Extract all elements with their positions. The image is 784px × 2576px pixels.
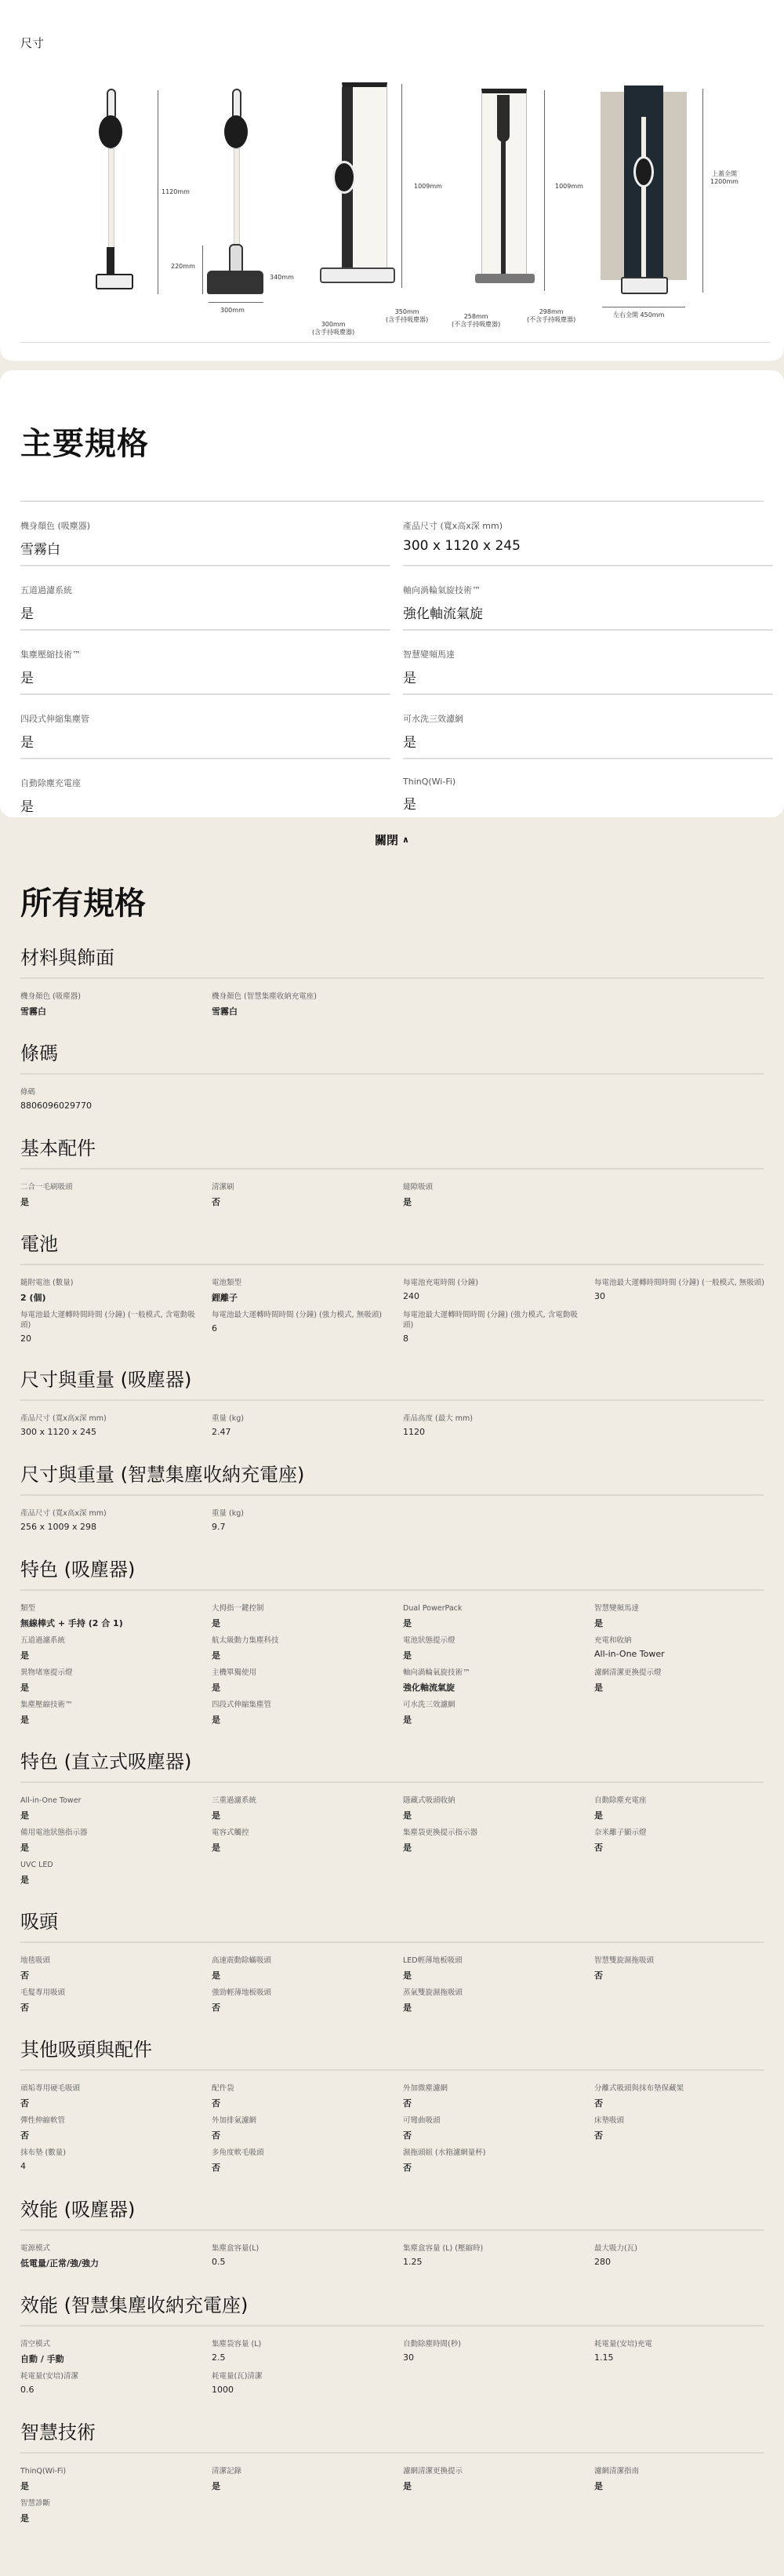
spec-value: 是 xyxy=(594,1809,776,1821)
spec-item: 三重過濾系統是 xyxy=(212,1796,403,1821)
spec-label: 三重過濾系統 xyxy=(212,1796,394,1806)
spec-value: 256 x 1009 x 298 xyxy=(20,1522,202,1532)
spec-label: 產品尺寸 (寬x高x深 mm) xyxy=(403,519,773,532)
spec-item: 清空模式自動 / 手動 xyxy=(20,2339,212,2365)
spec-label: ThinQ(Wi-Fi) xyxy=(403,777,773,787)
dim-label: 左右全開 450mm xyxy=(613,311,664,319)
spec-label: 機身顏色 (吸塵器) xyxy=(20,519,390,532)
spec-grid: 隨附電池 (數量)2 (個)電池類型鋰離子每電池充電時間 (分鐘)240每電池最… xyxy=(20,1265,764,1344)
spec-label: 機身顏色 (吸塵器) xyxy=(20,991,202,1002)
spec-value: 否 xyxy=(20,2001,202,2014)
spec-value: 是 xyxy=(594,2480,776,2492)
spec-item: 每電池最大運轉時間時間 (分鐘) (強力模式, 無吸頭)6 xyxy=(212,1310,403,1344)
spec-label: 集塵袋容量 (L) xyxy=(212,2339,394,2349)
spec-section: 基本配件二合一毛刷吸頭是清潔刷否縫隙吸頭是 xyxy=(20,1133,764,1208)
spec-label: 集塵盒容量(L) xyxy=(212,2243,394,2254)
spec-label: 濾網清潔更換提示燈 xyxy=(594,1668,776,1678)
spec-label: 集塵袋更換提示指示器 xyxy=(403,1828,585,1838)
spec-item: 類型無線棒式 + 手持 (2 合 1) xyxy=(20,1603,212,1629)
spec-value: 否 xyxy=(212,2097,394,2109)
spec-label: 每電池最大運轉時間時間 (分鐘) (強力模式, 含電動吸頭) xyxy=(403,1310,585,1330)
spec-value: 否 xyxy=(212,2129,394,2141)
spec-value: 6 xyxy=(212,1323,394,1333)
spec-label: 充電和收納 xyxy=(594,1635,776,1646)
spec-value: 2 (個) xyxy=(20,1291,202,1304)
spec-item: 彈性伸縮軟管否 xyxy=(20,2116,212,2141)
spec-item: 強勁輕薄地板吸頭否 xyxy=(212,1988,403,2014)
spec-item: 產品高度 (最大 mm)1120 xyxy=(403,1414,594,1439)
spec-value: 雪霧白 xyxy=(20,538,390,558)
spec-label: 四段式伸縮集塵管 xyxy=(212,1700,394,1710)
spec-label: 清潔記錄 xyxy=(212,2466,394,2476)
spec-label: 五道過濾系統 xyxy=(20,584,390,596)
spec-item: 隱藏式吸頭收納是 xyxy=(403,1796,594,1821)
spec-label: 強勁輕薄地板吸頭 xyxy=(212,1988,394,1998)
spec-item: 多角度軟毛吸頭否 xyxy=(212,2148,403,2174)
spec-item: 條碼8806096029770 xyxy=(20,1087,212,1112)
spec-label: 地毯吸頭 xyxy=(20,1956,202,1966)
spec-value: 是 xyxy=(20,602,390,622)
tower-with-vacuum-image xyxy=(318,82,397,302)
spec-label: 類型 xyxy=(20,1603,202,1614)
section-title: 其他吸頭與配件 xyxy=(20,2034,764,2071)
spec-label: 自動除塵時間(秒) xyxy=(403,2339,585,2349)
spec-item: 床墊吸頭否 xyxy=(594,2116,784,2141)
section-title: 材料與飾面 xyxy=(20,942,764,979)
spec-item: 頑垢專用硬毛吸頭否 xyxy=(20,2083,212,2109)
main-spec-item: 五道過濾系統是 xyxy=(20,566,390,631)
spec-item: Dual PowerPack是 xyxy=(403,1603,594,1629)
spec-value: 是 xyxy=(212,1649,394,1661)
spec-grid: ThinQ(Wi-Fi)是清潔記錄是濾網清潔更換提示是濾網清潔指南是智慧診斷是 xyxy=(20,2454,764,2524)
spec-label: 電源模式 xyxy=(20,2243,202,2254)
spec-value: 1120 xyxy=(403,1427,585,1437)
spec-item: 耗電量(安培)充電1.15 xyxy=(594,2339,784,2365)
spec-item: 濾網清潔指南是 xyxy=(594,2466,784,2492)
spec-item: 分離式吸頭與抹布墊保藏架否 xyxy=(594,2083,784,2109)
spec-value: 是 xyxy=(20,1681,202,1694)
tower-open-image xyxy=(601,86,687,305)
section-title: 電池 xyxy=(20,1228,764,1265)
all-specs-title: 所有規格 xyxy=(20,879,764,923)
spec-item: 集塵袋容量 (L)2.5 xyxy=(212,2339,403,2365)
spec-label: 智慧變頻馬達 xyxy=(594,1603,776,1614)
spec-value: 否 xyxy=(212,2001,394,2014)
spec-item: 智慧診斷是 xyxy=(20,2498,212,2524)
spec-grid: 類型無線棒式 + 手持 (2 合 1)大拇指一鍵控制是Dual PowerPac… xyxy=(20,1591,764,1726)
spec-item: 電池類型鋰離子 xyxy=(212,1278,403,1304)
spec-value: 是 xyxy=(212,1617,394,1629)
spec-value: 是 xyxy=(212,1969,394,1981)
spec-value: 是 xyxy=(403,1713,585,1726)
spec-item: 二合一毛刷吸頭是 xyxy=(20,1182,212,1208)
spec-label: 備用電池狀態指示器 xyxy=(20,1828,202,1838)
spec-label: 外加微塵濾網 xyxy=(403,2083,585,2094)
spec-label: 分離式吸頭與抹布墊保藏架 xyxy=(594,2083,776,2094)
spec-value: 是 xyxy=(403,793,773,813)
spec-value: 30 xyxy=(403,2352,585,2363)
spec-label: 電池類型 xyxy=(212,1278,394,1288)
spec-label: ThinQ(Wi-Fi) xyxy=(20,2466,202,2476)
spec-label: 集塵壓縮技術™ xyxy=(20,648,390,660)
spec-item: ThinQ(Wi-Fi)是 xyxy=(20,2466,212,2492)
spec-label: 五道過濾系統 xyxy=(20,1635,202,1646)
spec-item: 配件袋否 xyxy=(212,2083,403,2109)
spec-label: 集塵壓縮技術™ xyxy=(20,1700,202,1710)
dim-label: 1120mm xyxy=(162,188,190,196)
spec-item: 清潔記錄是 xyxy=(212,2466,403,2492)
spec-label: LED輕薄地板吸頭 xyxy=(403,1956,585,1966)
spec-item: 備用電池狀態指示器是 xyxy=(20,1828,212,1854)
spec-value: 鋰離子 xyxy=(212,1291,394,1304)
spec-grid: 產品尺寸 (寬x高x深 mm)300 x 1120 x 245重量 (kg)2.… xyxy=(20,1401,764,1439)
spec-label: 外加排氣濾網 xyxy=(212,2116,394,2126)
spec-value: 是 xyxy=(403,1617,585,1629)
spec-section: 材料與飾面機身顏色 (吸塵器)雪霧白機身顏色 (智慧集塵收納充電座)雪霧白 xyxy=(20,942,764,1017)
dimensions-diagram: 1120mm 220mm 340mm 300mm 1009mm 300mm(含手… xyxy=(20,89,764,347)
spec-item: 蒸氣雙旋濕拖吸頭是 xyxy=(403,1988,594,2014)
spec-label: 耗電量(安培)充電 xyxy=(594,2339,776,2349)
spec-value: 8 xyxy=(403,1333,585,1344)
spec-label: 航太級動力集塵科技 xyxy=(212,1635,394,1646)
spec-label: 彈性伸縮軟管 xyxy=(20,2116,202,2126)
spec-section: 特色 (吸塵器)類型無線棒式 + 手持 (2 合 1)大拇指一鍵控制是Dual … xyxy=(20,1554,764,1726)
spec-label: 多角度軟毛吸頭 xyxy=(212,2148,394,2158)
dim-label: 1009mm xyxy=(555,183,583,191)
spec-item: 五道過濾系統是 xyxy=(20,1635,212,1661)
spec-label: 自動除塵充電座 xyxy=(594,1796,776,1806)
spec-section: 其他吸頭與配件頑垢專用硬毛吸頭否配件袋否外加微塵濾網否分離式吸頭與抹布墊保藏架否… xyxy=(20,2034,764,2174)
spec-item: 耗電量(安培)清潔0.6 xyxy=(20,2371,212,2396)
spec-item: All-in-One Tower是 xyxy=(20,1796,212,1821)
collapse-toggle[interactable]: 關閉 ∧ xyxy=(0,817,784,861)
spec-label: 每電池最大運轉時間時間 (分鐘) (強力模式, 無吸頭) xyxy=(212,1310,394,1320)
spec-value: 240 xyxy=(403,1291,585,1301)
spec-label: 蒸氣雙旋濕拖吸頭 xyxy=(403,1988,585,1998)
spec-label: 每電池最大運轉時間時間 (分鐘) (一般模式, 含電動吸頭) xyxy=(20,1310,202,1330)
section-title: 條碼 xyxy=(20,1038,764,1075)
spec-grid: 電源模式低電量/正常/強/強力集塵盒容量(L)0.5集塵盒容量 (L) (壓縮時… xyxy=(20,2231,764,2269)
spec-label: 濾網清潔更換提示 xyxy=(403,2466,585,2476)
spec-value: 是 xyxy=(20,2480,202,2492)
spec-item: 毛髮專用吸頭否 xyxy=(20,1988,212,2014)
spec-item: 耗電量(瓦)清潔1000 xyxy=(212,2371,403,2396)
spec-label: 重量 (kg) xyxy=(212,1414,394,1424)
dimensions-card: 尺寸 1120mm 220mm 340mm 300mm xyxy=(0,0,784,361)
section-title: 尺寸與重量 (吸塵器) xyxy=(20,1364,764,1401)
spec-value: 否 xyxy=(403,2097,585,2109)
tower-without-vacuum-image xyxy=(475,89,538,300)
spec-value: 無線棒式 + 手持 (2 合 1) xyxy=(20,1617,202,1629)
spec-value: 是 xyxy=(20,1841,202,1854)
spec-label: 二合一毛刷吸頭 xyxy=(20,1182,202,1192)
spec-grid: 二合一毛刷吸頭是清潔刷否縫隙吸頭是 xyxy=(20,1170,764,1208)
spec-item: 電池狀態提示燈是 xyxy=(403,1635,594,1661)
spec-label: 重量 (kg) xyxy=(212,1508,394,1519)
spec-grid: 條碼8806096029770 xyxy=(20,1075,764,1112)
spec-grid: All-in-One Tower是三重過濾系統是隱藏式吸頭收納是自動除塵充電座是… xyxy=(20,1783,764,1886)
spec-value: 是 xyxy=(20,1195,202,1208)
spec-value: All-in-One Tower xyxy=(594,1649,776,1659)
spec-item: 航太級動力集塵科技是 xyxy=(212,1635,403,1661)
spec-value: 是 xyxy=(403,1841,585,1854)
main-spec-item: 可水洗三效濾網是 xyxy=(403,695,773,759)
spec-item: 縫隙吸頭是 xyxy=(403,1182,594,1208)
spec-item: 智慧雙旋濕拖吸頭否 xyxy=(594,1956,784,1981)
spec-value: 是 xyxy=(20,1809,202,1821)
spec-value: 否 xyxy=(403,2161,585,2174)
spec-section: 電池隨附電池 (數量)2 (個)電池類型鋰離子每電池充電時間 (分鐘)240每電… xyxy=(20,1228,764,1344)
spec-item: 集塵盒容量(L)0.5 xyxy=(212,2243,403,2269)
spec-item: 高速震動除蟎吸頭是 xyxy=(212,1956,403,1981)
spec-item: 智慧變頻馬達是 xyxy=(594,1603,784,1629)
spec-label: 智慧變頻馬達 xyxy=(403,648,773,660)
dim-label: 220mm xyxy=(171,263,195,271)
dim-label: 1009mm xyxy=(414,183,442,191)
main-specs-title: 主要規格 xyxy=(20,419,764,502)
spec-value: 是 xyxy=(20,1713,202,1726)
spec-item: 主機單獨使用是 xyxy=(212,1668,403,1694)
spec-item: 機身顏色 (吸塵器)雪霧白 xyxy=(20,991,212,1017)
chevron-up-icon[interactable]: ∧ xyxy=(402,835,409,845)
spec-value: 否 xyxy=(403,2129,585,2141)
spec-value: 2.47 xyxy=(212,1427,394,1437)
spec-value: 否 xyxy=(212,1195,394,1208)
spec-value: 2.5 xyxy=(212,2352,394,2363)
spec-item: 集塵袋更換提示指示器是 xyxy=(403,1828,594,1854)
spec-item: 自動除塵時間(秒)30 xyxy=(403,2339,594,2365)
spec-value: 300 x 1120 x 245 xyxy=(403,538,773,554)
section-title: 效能 (智慧集塵收納充電座) xyxy=(20,2290,764,2327)
dimensions-title: 尺寸 xyxy=(20,35,764,51)
spec-label: 可彎曲吸頭 xyxy=(403,2116,585,2126)
spec-value: 是 xyxy=(403,1195,585,1208)
spec-value: 1.15 xyxy=(594,2352,776,2363)
collapse-label[interactable]: 關閉 xyxy=(375,831,398,848)
spec-item: 集塵壓縮技術™是 xyxy=(20,1700,212,1726)
spec-item: 四段式伸縮集塵管是 xyxy=(212,1700,403,1726)
spec-value: 雪霧白 xyxy=(20,1005,202,1017)
spec-section: 尺寸與重量 (智慧集塵收納充電座)產品尺寸 (寬x高x深 mm)256 x 10… xyxy=(20,1459,764,1534)
spec-item: 濾網清潔更換提示燈是 xyxy=(594,1668,784,1694)
spec-value: 300 x 1120 x 245 xyxy=(20,1427,202,1437)
spec-item: 隨附電池 (數量)2 (個) xyxy=(20,1278,212,1304)
spec-item: 濕拖頭組 (水箱濾網量杯)否 xyxy=(403,2148,594,2174)
spec-value: 8806096029770 xyxy=(20,1101,202,1111)
spec-value: 是 xyxy=(403,1809,585,1821)
spec-grid: 清空模式自動 / 手動集塵袋容量 (L)2.5自動除塵時間(秒)30耗電量(安培… xyxy=(20,2327,764,2396)
spec-label: 耗電量(安培)清潔 xyxy=(20,2371,202,2381)
spec-label: 每電池最大運轉時間時間 (分鐘) (一般模式, 無吸頭) xyxy=(594,1278,776,1288)
spec-label: 毛髮專用吸頭 xyxy=(20,1988,202,1998)
spec-item: 清潔刷否 xyxy=(212,1182,403,1208)
spec-value: 否 xyxy=(20,2097,202,2109)
spec-value: 是 xyxy=(20,731,390,751)
spec-label: 產品尺寸 (寬x高x深 mm) xyxy=(20,1508,202,1519)
spec-label: 高速震動除蟎吸頭 xyxy=(212,1956,394,1966)
spec-value: 4 xyxy=(20,2161,202,2171)
spec-value: 280 xyxy=(594,2257,776,2267)
spec-value: 否 xyxy=(212,2161,394,2174)
spec-item: 每電池充電時間 (分鐘)240 xyxy=(403,1278,594,1304)
main-spec-item: 軸向渦輪氣旋技術™強化軸流氣旋 xyxy=(403,566,773,631)
spec-value: 否 xyxy=(20,2129,202,2141)
spec-label: 床墊吸頭 xyxy=(594,2116,776,2126)
spec-label: 耗電量(瓦)清潔 xyxy=(212,2371,394,2381)
dim-label: 258mm(不含手持吸塵器) xyxy=(452,313,500,329)
spec-sections: 材料與飾面機身顏色 (吸塵器)雪霧白機身顏色 (智慧集塵收納充電座)雪霧白條碼條… xyxy=(20,942,764,2524)
spec-section: 特色 (直立式吸塵器)All-in-One Tower是三重過濾系統是隱藏式吸頭… xyxy=(20,1746,764,1886)
spec-label: 清潔刷 xyxy=(212,1182,394,1192)
spec-item: 大拇指一鍵控制是 xyxy=(212,1603,403,1629)
spec-value: 強化軸流氣旋 xyxy=(403,602,773,622)
spec-value: 否 xyxy=(594,2129,776,2141)
spec-value: 是 xyxy=(594,1681,776,1694)
spec-value: 是 xyxy=(403,731,773,751)
spec-value: 是 xyxy=(20,795,390,815)
spec-label: 異物堵塞提示燈 xyxy=(20,1668,202,1678)
dim-label: 298mm(不含手持吸塵器) xyxy=(527,308,575,324)
spec-item: 可彎曲吸頭否 xyxy=(403,2116,594,2141)
spec-value: 是 xyxy=(212,2480,394,2492)
spec-label: Dual PowerPack xyxy=(403,1603,585,1614)
spec-label: 軸向渦輪氣旋技術™ xyxy=(403,1668,585,1678)
main-specs-card: 主要規格 機身顏色 (吸塵器)雪霧白產品尺寸 (寬x高x深 mm)300 x 1… xyxy=(0,370,784,817)
section-title: 吸頭 xyxy=(20,1906,764,1943)
stick-vacuum-image xyxy=(80,89,143,293)
spec-value: 是 xyxy=(212,1681,394,1694)
dim-label: 300mm xyxy=(220,307,245,315)
spec-item: 最大吸力(瓦)280 xyxy=(594,2243,784,2269)
main-spec-item: 機身顏色 (吸塵器)雪霧白 xyxy=(20,502,390,566)
spec-label: 濾網清潔指南 xyxy=(594,2466,776,2476)
spec-section: 效能 (智慧集塵收納充電座)清空模式自動 / 手動集塵袋容量 (L)2.5自動除… xyxy=(20,2290,764,2396)
spec-label: 每電池充電時間 (分鐘) xyxy=(403,1278,585,1288)
spec-item: 電容式觸控是 xyxy=(212,1828,403,1854)
spec-value: 強化軸流氣旋 xyxy=(403,1681,585,1694)
spec-label: 主機單獨使用 xyxy=(212,1668,394,1678)
spec-item: 自動除塵充電座是 xyxy=(594,1796,784,1821)
spec-section: 條碼條碼8806096029770 xyxy=(20,1038,764,1112)
spec-value: 是 xyxy=(212,1809,394,1821)
spec-item: 外加微塵濾網否 xyxy=(403,2083,594,2109)
spec-value: 是 xyxy=(212,1841,394,1854)
section-title: 特色 (直立式吸塵器) xyxy=(20,1746,764,1783)
spec-label: 大拇指一鍵控制 xyxy=(212,1603,394,1614)
spec-value: 是 xyxy=(20,1649,202,1661)
spec-section: 效能 (吸塵器)電源模式低電量/正常/強/強力集塵盒容量(L)0.5集塵盒容量 … xyxy=(20,2194,764,2269)
spec-label: 頑垢專用硬毛吸頭 xyxy=(20,2083,202,2094)
section-title: 基本配件 xyxy=(20,1133,764,1170)
spec-value: 否 xyxy=(594,1969,776,1981)
dim-label: 350mm(含手持吸塵器) xyxy=(386,308,428,324)
spec-label: 軸向渦輪氣旋技術™ xyxy=(403,584,773,596)
spec-section: 吸頭地毯吸頭否高速震動除蟎吸頭是LED輕薄地板吸頭是智慧雙旋濕拖吸頭否毛髮專用吸… xyxy=(20,1906,764,2014)
spec-value: 否 xyxy=(594,2097,776,2109)
spec-grid: 地毯吸頭否高速震動除蟎吸頭是LED輕薄地板吸頭是智慧雙旋濕拖吸頭否毛髮專用吸頭否… xyxy=(20,1943,764,2014)
spec-item: 產品尺寸 (寬x高x深 mm)256 x 1009 x 298 xyxy=(20,1508,212,1534)
spec-item: 機身顏色 (智慧集塵收納充電座)雪霧白 xyxy=(212,991,403,1017)
section-title: 特色 (吸塵器) xyxy=(20,1554,764,1591)
spec-label: All-in-One Tower xyxy=(20,1796,202,1806)
spec-value: 是 xyxy=(594,1617,776,1629)
spec-value: 0.6 xyxy=(20,2385,202,2395)
spec-label: 產品高度 (最大 mm) xyxy=(403,1414,585,1424)
spec-value: 是 xyxy=(403,1969,585,1981)
spec-value: 0.5 xyxy=(212,2257,394,2267)
spec-value: 是 xyxy=(20,1873,202,1886)
spec-label: 隱藏式吸頭收納 xyxy=(403,1796,585,1806)
spec-item: 產品尺寸 (寬x高x深 mm)300 x 1120 x 245 xyxy=(20,1414,212,1439)
spec-value: 30 xyxy=(594,1291,776,1301)
spec-value: 是 xyxy=(212,1713,394,1726)
spec-label: 自動除塵充電座 xyxy=(20,777,390,789)
dim-label: 300mm(含手持吸塵器) xyxy=(312,321,354,337)
stick-vacuum-nozzle-image xyxy=(204,89,274,293)
spec-value: 1.25 xyxy=(403,2257,585,2267)
spec-label: 濕拖頭組 (水箱濾網量杯) xyxy=(403,2148,585,2158)
spec-label: 條碼 xyxy=(20,1087,202,1097)
spec-value: 否 xyxy=(594,1841,776,1854)
spec-label: 產品尺寸 (寬x高x深 mm) xyxy=(20,1414,202,1424)
spec-item: 外加排氣濾網否 xyxy=(212,2116,403,2141)
main-spec-item: 自動除塵充電座是 xyxy=(20,759,390,824)
divider xyxy=(20,342,770,343)
spec-item: LED輕薄地板吸頭是 xyxy=(403,1956,594,1981)
spec-value: 是 xyxy=(403,1649,585,1661)
spec-value: 9.7 xyxy=(212,1522,394,1532)
main-specs-grid: 機身顏色 (吸塵器)雪霧白產品尺寸 (寬x高x深 mm)300 x 1120 x… xyxy=(20,502,764,824)
spec-item: 重量 (kg)2.47 xyxy=(212,1414,403,1439)
spec-label: 配件袋 xyxy=(212,2083,394,2094)
spec-value: 雪霧白 xyxy=(212,1005,394,1017)
spec-item: 抹布墊 (數量)4 xyxy=(20,2148,212,2174)
spec-label: 可水洗三效濾網 xyxy=(403,1700,585,1710)
spec-value: 低電量/正常/強/強力 xyxy=(20,2257,202,2269)
spec-item: UVC LED是 xyxy=(20,1860,212,1886)
spec-label: 縫隙吸頭 xyxy=(403,1182,585,1192)
spec-item: 奈米離子顯示燈否 xyxy=(594,1828,784,1854)
spec-label: 奈米離子顯示燈 xyxy=(594,1828,776,1838)
spec-label: 機身顏色 (智慧集塵收納充電座) xyxy=(212,991,394,1002)
spec-label: 最大吸力(瓦) xyxy=(594,2243,776,2254)
spec-value: 是 xyxy=(20,2512,202,2524)
spec-value: 是 xyxy=(403,667,773,686)
main-spec-item: ThinQ(Wi-Fi)是 xyxy=(403,759,773,824)
spec-label: 可水洗三效濾網 xyxy=(403,712,773,725)
spec-item: 充電和收納All-in-One Tower xyxy=(594,1635,784,1661)
spec-label: 隨附電池 (數量) xyxy=(20,1278,202,1288)
spec-label: UVC LED xyxy=(20,1860,202,1870)
spec-value: 是 xyxy=(20,667,390,686)
spec-label: 智慧診斷 xyxy=(20,2498,202,2509)
main-spec-item: 智慧變頻馬達是 xyxy=(403,631,773,695)
spec-item: 電源模式低電量/正常/強/強力 xyxy=(20,2243,212,2269)
spec-label: 智慧雙旋濕拖吸頭 xyxy=(594,1956,776,1966)
section-title: 智慧技術 xyxy=(20,2417,764,2454)
main-spec-item: 四段式伸縮集塵管是 xyxy=(20,695,390,759)
dim-label: 上蓋全開1200mm xyxy=(710,170,739,186)
spec-label: 電池狀態提示燈 xyxy=(403,1635,585,1646)
spec-value: 是 xyxy=(403,2001,585,2014)
spec-value: 20 xyxy=(20,1333,202,1344)
spec-grid: 產品尺寸 (寬x高x深 mm)256 x 1009 x 298重量 (kg)9.… xyxy=(20,1496,764,1534)
main-spec-item: 產品尺寸 (寬x高x深 mm)300 x 1120 x 245 xyxy=(403,502,773,566)
spec-item: 每電池最大運轉時間時間 (分鐘) (一般模式, 含電動吸頭)20 xyxy=(20,1310,212,1344)
main-spec-item: 集塵壓縮技術™是 xyxy=(20,631,390,695)
spec-grid: 機身顏色 (吸塵器)雪霧白機身顏色 (智慧集塵收納充電座)雪霧白 xyxy=(20,979,764,1017)
spec-item: 每電池最大運轉時間時間 (分鐘) (強力模式, 含電動吸頭)8 xyxy=(403,1310,594,1344)
